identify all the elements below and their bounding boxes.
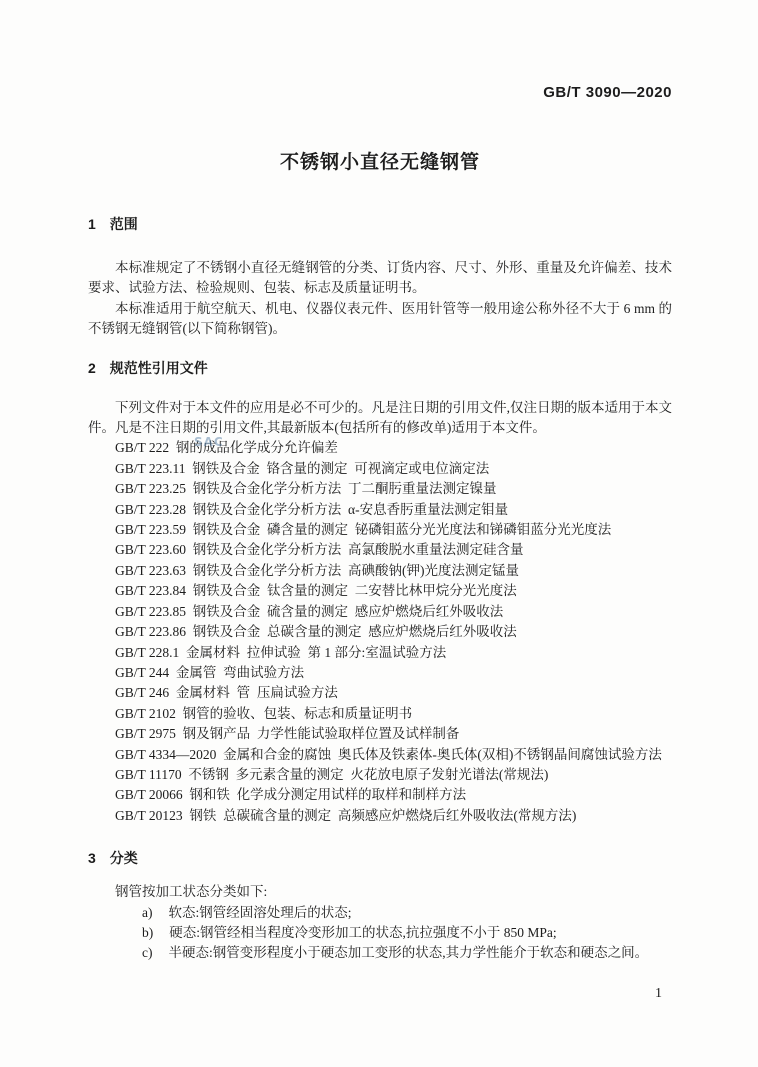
section-2-body: 下列文件对于本文件的应用是必不可少的。凡是注日期的引用文件,仅注日期的版本适用于…: [88, 398, 672, 827]
reference-item: GB/T 2975 钢及钢产品 力学性能试验取样位置及试样制备: [88, 724, 672, 744]
reference-item: GB/T 246 金属材料 管 压扁试验方法: [88, 683, 672, 703]
section-2-title: 规范性引用文件: [110, 360, 208, 376]
reference-item: GB/T 223.11 钢铁及合金 铬含量的测定 可视滴定或电位滴定法: [88, 459, 672, 479]
reference-item: GB/T 223.59 钢铁及合金 磷含量的测定 铋磷钼蓝分光光度法和锑磷钼蓝分…: [88, 520, 672, 540]
reference-item: GB/T 4334—2020 金属和合金的腐蚀 奥氏体及铁素体-奥氏体(双相)不…: [88, 745, 672, 765]
reference-item: GB/T 223.63 钢铁及合金化学分析方法 高碘酸钠(钾)光度法测定锰量: [88, 561, 672, 581]
section-3-number: 3: [88, 848, 96, 868]
list-item-b: b)硬态:钢管经相当程度冷变形加工的状态,抗拉强度不小于 850 MPa;: [88, 923, 672, 943]
reference-item: GB/T 223.28 钢铁及合金化学分析方法 α-安息香肟重量法测定钼量: [88, 500, 672, 520]
page-content: GB/T 3090—2020 不锈钢小直径无缝钢管 1范围 本标准规定了不锈钢小…: [0, 0, 758, 964]
paragraph: 本标准适用于航空航天、机电、仪器仪表元件、医用针管等一般用途公称外径不大于 6 …: [88, 299, 672, 340]
section-1-heading: 1范围: [88, 214, 672, 234]
section-3-heading: 3分类: [88, 848, 672, 868]
reference-item: GB/T 2102 钢管的验收、包装、标志和质量证明书: [88, 704, 672, 724]
list-item-c: c)半硬态:钢管变形程度小于硬态加工变形的状态,其力学性能介于软态和硬态之间。: [88, 943, 672, 963]
reference-item: GB/T 223.86 钢铁及合金 总碳含量的测定 感应炉燃烧后红外吸收法: [88, 622, 672, 642]
reference-item: GB/T 222 钢的成品化学成分允许偏差: [88, 438, 672, 458]
list-item-text: 半硬态:钢管变形程度小于硬态加工变形的状态,其力学性能介于软态和硬态之间。: [169, 945, 649, 960]
paragraph: 下列文件对于本文件的应用是必不可少的。凡是注日期的引用文件,仅注日期的版本适用于…: [88, 398, 672, 439]
standard-number: GB/T 3090—2020: [88, 0, 672, 102]
list-item-text: 硬态:钢管经相当程度冷变形加工的状态,抗拉强度不小于 850 MPa;: [169, 925, 556, 940]
document-title: 不锈钢小直径无缝钢管: [88, 150, 672, 176]
document-page: GB/T 3090—2020 不锈钢小直径无缝钢管 1范围 本标准规定了不锈钢小…: [0, 0, 758, 1067]
page-number: 1: [0, 985, 662, 1003]
reference-item: GB/T 244 金属管 弯曲试验方法: [88, 663, 672, 683]
section-3-body: 钢管按加工状态分类如下: a)软态:钢管经固溶处理后的状态; b)硬态:钢管经相…: [88, 882, 672, 964]
section-2-number: 2: [88, 358, 96, 378]
section-1-title: 范围: [110, 216, 138, 232]
paragraph: 本标准规定了不锈钢小直径无缝钢管的分类、订货内容、尺寸、外形、重量及允许偏差、技…: [88, 258, 672, 299]
section-1-number: 1: [88, 214, 96, 234]
list-item-text: 软态:钢管经固溶处理后的状态;: [169, 905, 352, 920]
reference-item: GB/T 223.60 钢铁及合金化学分析方法 高氯酸脱水重量法测定硅含量: [88, 540, 672, 560]
reference-item: GB/T 20123 钢铁 总碳硫含量的测定 高频感应炉燃烧后红外吸收法(常规方…: [88, 806, 672, 826]
list-item-label: c): [115, 943, 153, 963]
reference-item: GB/T 223.25 钢铁及合金化学分析方法 丁二酮肟重量法测定镍量: [88, 479, 672, 499]
reference-item: GB/T 11170 不锈钢 多元素含量的测定 火花放电原子发射光谱法(常规法): [88, 765, 672, 785]
section-1-body: 本标准规定了不锈钢小直径无缝钢管的分类、订货内容、尺寸、外形、重量及允许偏差、技…: [88, 258, 672, 340]
list-item-label: b): [115, 923, 153, 943]
section-3-title: 分类: [110, 850, 138, 866]
reference-item: GB/T 228.1 金属材料 拉伸试验 第 1 部分:室温试验方法: [88, 643, 672, 663]
paragraph: 钢管按加工状态分类如下:: [88, 882, 672, 902]
reference-item: GB/T 223.84 钢铁及合金 钛含量的测定 二安替比林甲烷分光光度法: [88, 581, 672, 601]
list-item-label: a): [115, 903, 153, 923]
reference-item: GB/T 223.85 钢铁及合金 硫含量的测定 感应炉燃烧后红外吸收法: [88, 602, 672, 622]
section-2-heading: 2规范性引用文件: [88, 358, 672, 378]
list-item-a: a)软态:钢管经固溶处理后的状态;: [88, 903, 672, 923]
reference-item: GB/T 20066 钢和铁 化学成分测定用试样的取样和制样方法: [88, 785, 672, 805]
